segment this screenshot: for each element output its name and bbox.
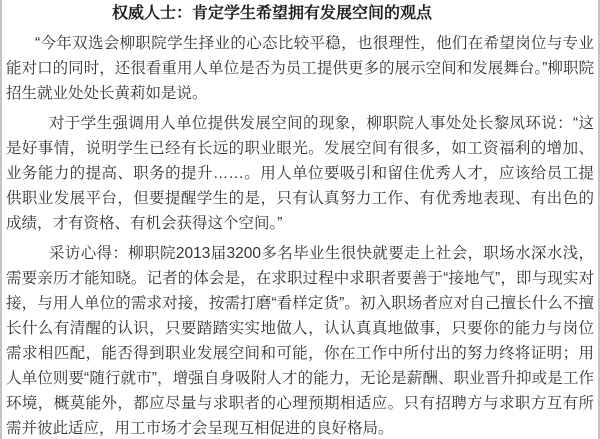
document-title: 权威人士：肯定学生希望拥有发展空间的观点 xyxy=(6,3,594,25)
paragraph-interview-quote-lifenghuan: 对于学生强调用人单位提供发展空间的现象，柳职院人事处处长黎凤环说：“这是好事情，… xyxy=(6,111,594,236)
document-page: 权威人士：肯定学生希望拥有发展空间的观点 “今年双选会柳职院学生择业的心态比较平… xyxy=(0,0,600,439)
paragraph-interview-quote-huangli: “今年双选会柳职院学生择业的心态比较平稳，也很理性，他们在希望岗位与专业能对口的… xyxy=(6,31,594,106)
paragraph-reporter-notes: 采访心得：柳职院2013届3200多名毕业生很快就要走上社会，职场水深水浅，需要… xyxy=(6,241,594,439)
